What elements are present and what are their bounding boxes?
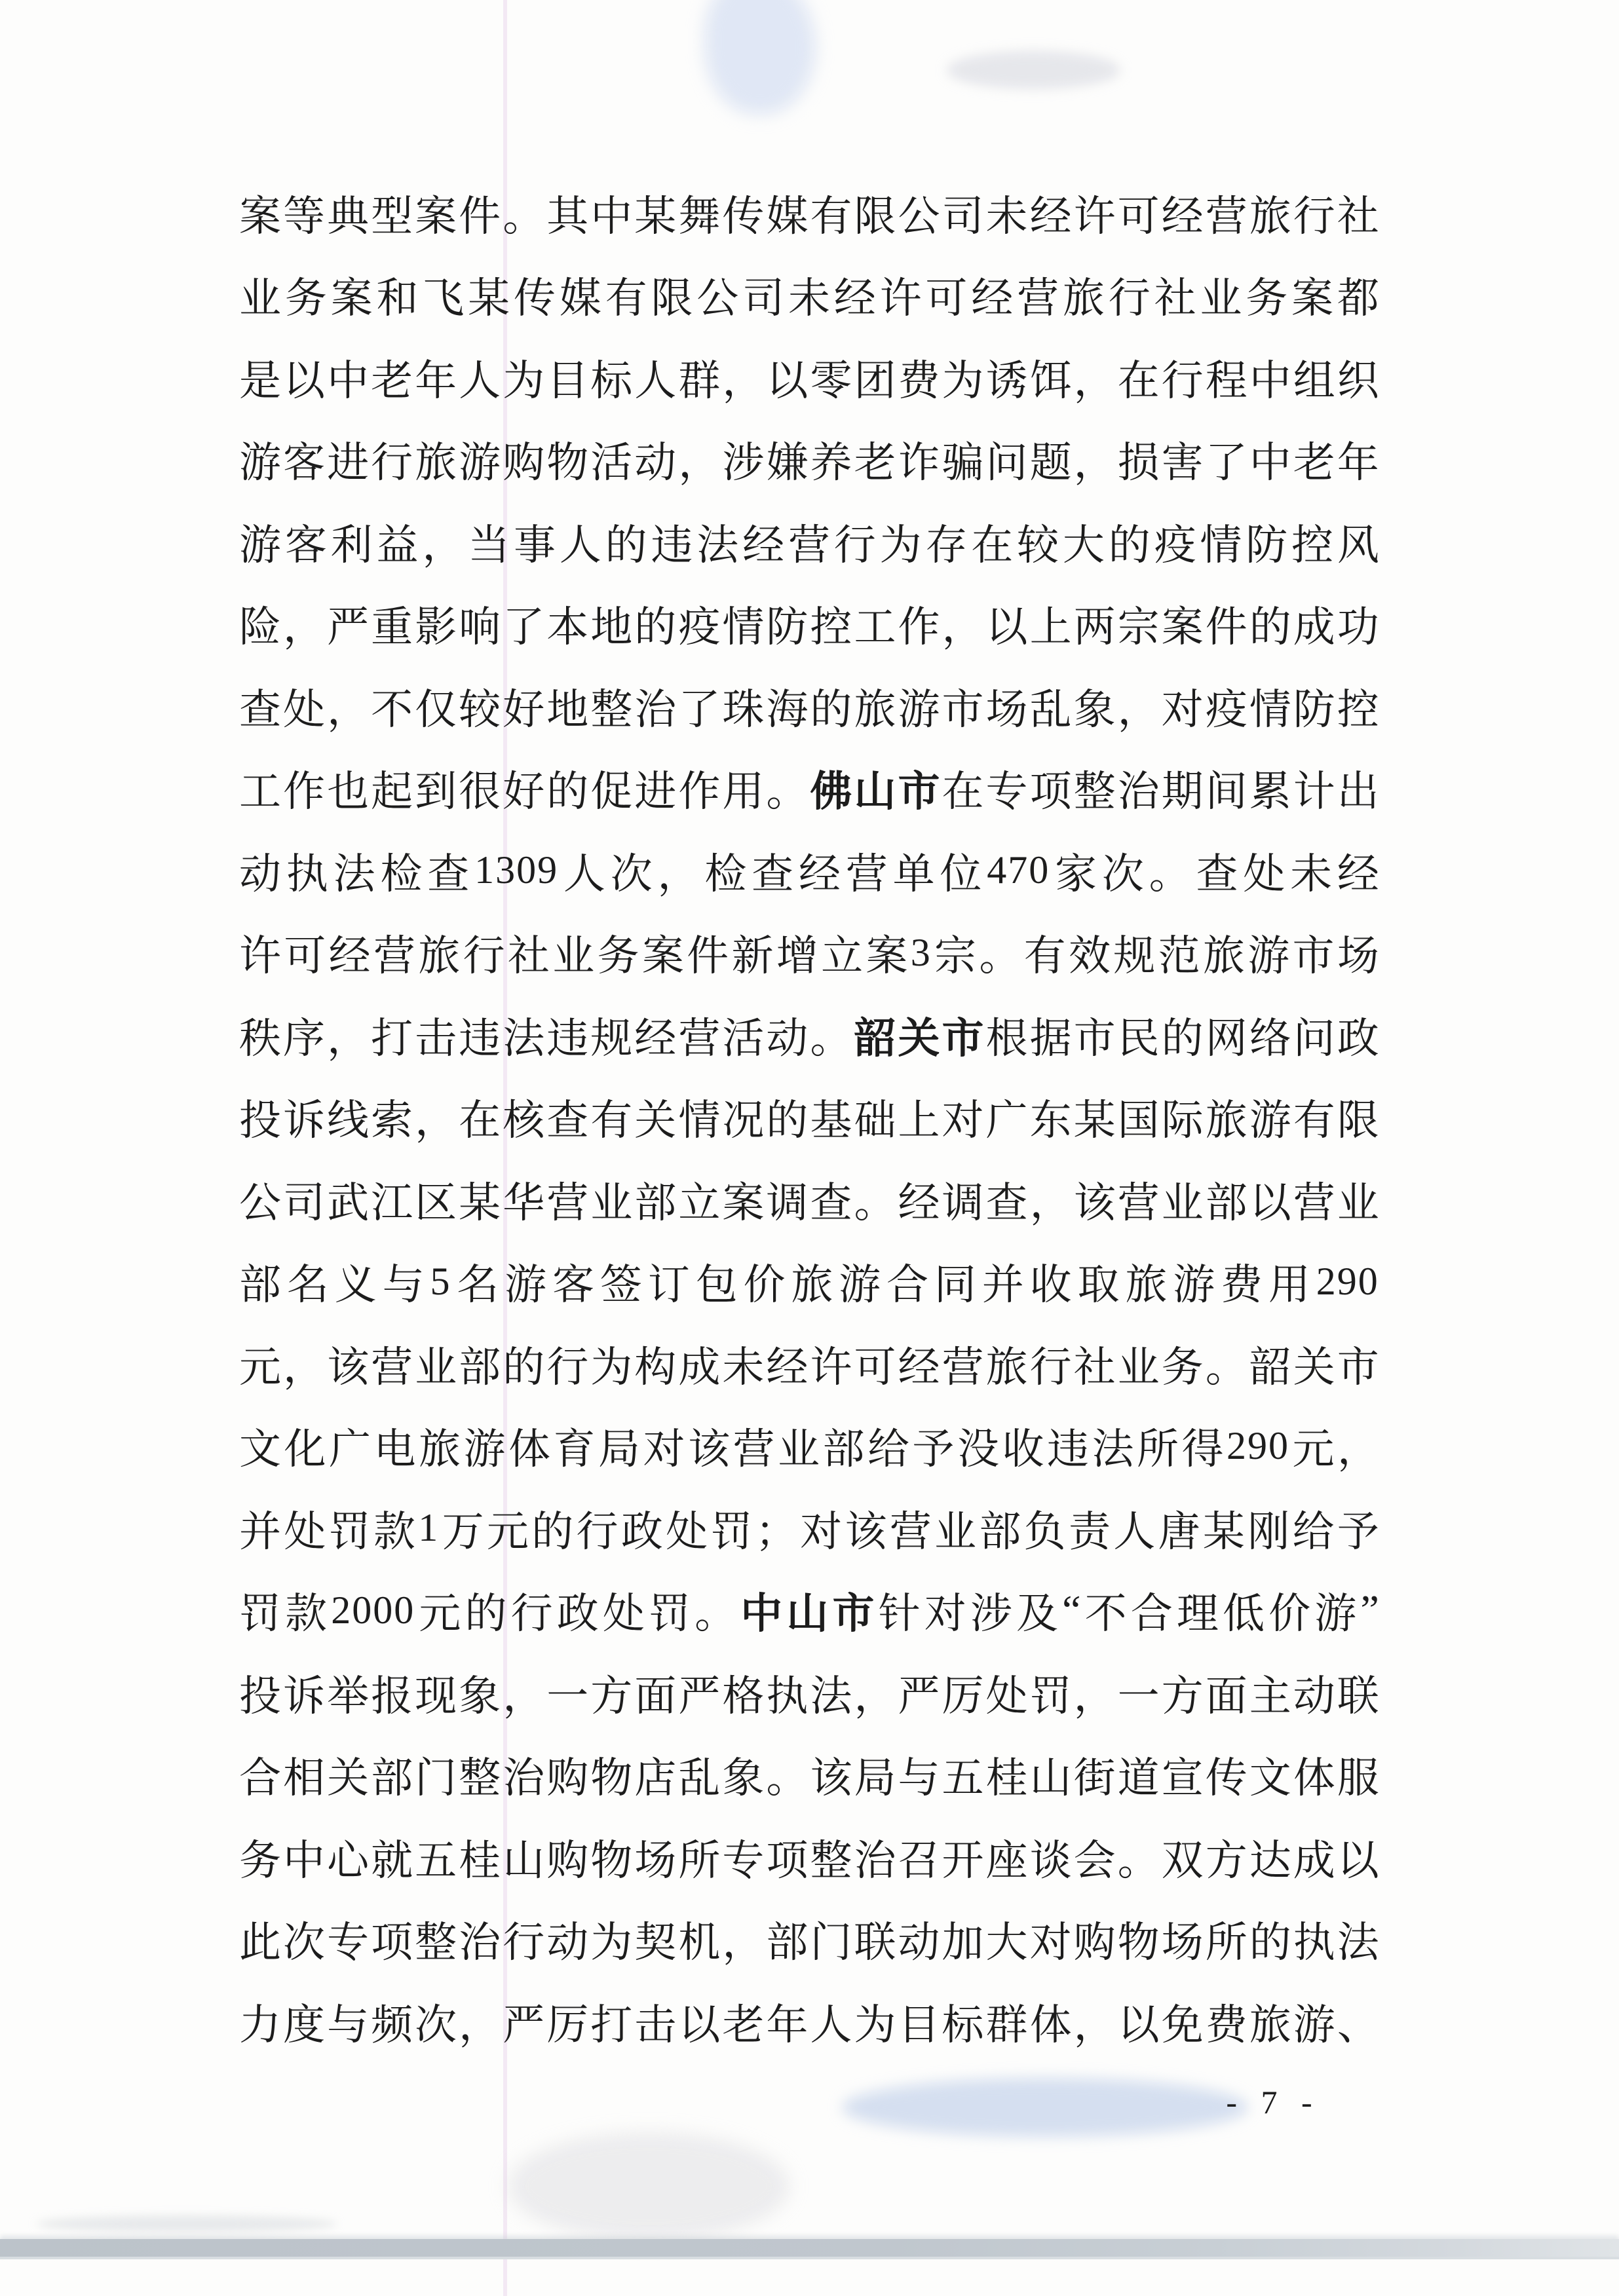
text-token: 年 bbox=[1337, 429, 1379, 489]
text-token: 案 bbox=[331, 265, 373, 325]
text-token: 案 bbox=[415, 183, 457, 243]
text-token: 用 bbox=[722, 758, 764, 818]
text-token: 人 bbox=[1113, 1498, 1155, 1558]
scan-smudge-bottom bbox=[842, 2078, 1248, 2137]
text-token: 营 bbox=[733, 1416, 775, 1476]
text-token: 线 bbox=[327, 1087, 369, 1147]
text-token: 体 bbox=[1030, 1991, 1072, 2052]
text-token: 人 bbox=[459, 347, 501, 407]
text-token: 处 bbox=[666, 1498, 708, 1558]
text-token: 店 bbox=[634, 1744, 676, 1805]
text-token: 合 bbox=[1131, 1580, 1173, 1640]
text-token: 营 bbox=[942, 1334, 984, 1394]
text-token: 游 bbox=[459, 429, 501, 489]
text-token: 290 bbox=[1227, 1423, 1289, 1469]
text-line: 合相关部门整治购物店乱象。该局与五桂山街道宣传文体服 bbox=[239, 1734, 1379, 1816]
text-token: 客 bbox=[285, 512, 327, 572]
text-token: 以 bbox=[986, 593, 1028, 654]
text-token: 公 bbox=[239, 1169, 281, 1230]
text-token: 行 bbox=[1030, 1334, 1072, 1394]
text-token: 打 bbox=[590, 1991, 632, 2052]
text-token: 行 bbox=[1293, 183, 1335, 243]
text-token: 的 bbox=[531, 1498, 573, 1558]
text-token: 山 bbox=[854, 758, 896, 818]
text-token: 老 bbox=[371, 347, 413, 407]
text-token: 经 bbox=[898, 1169, 940, 1230]
text-token: 有 bbox=[1293, 1087, 1335, 1147]
text-token: 情 bbox=[678, 1087, 720, 1147]
text-token: 关 bbox=[327, 1744, 369, 1805]
text-token: 一 bbox=[546, 1663, 588, 1723]
text-token: 调 bbox=[942, 1169, 984, 1230]
text-token: 效 bbox=[1069, 922, 1111, 983]
text-token: 游 bbox=[239, 512, 281, 572]
text-token: 象 bbox=[459, 1663, 501, 1723]
text-token: 游 bbox=[1293, 1991, 1335, 2052]
text-token: 谈 bbox=[1030, 1827, 1072, 1887]
text-token: 投 bbox=[239, 1663, 281, 1723]
text-token: 某 bbox=[459, 1169, 501, 1230]
text-token: 作 bbox=[898, 593, 940, 654]
text-token: 经 bbox=[971, 265, 1013, 325]
text-token: 旅 bbox=[1249, 1991, 1291, 2052]
text-token: 大 bbox=[1063, 512, 1105, 572]
text-token: 联 bbox=[854, 1909, 896, 1969]
text-token: 限 bbox=[854, 183, 896, 243]
text-token: 的 bbox=[1249, 593, 1291, 654]
text-token: 执 bbox=[766, 1663, 808, 1723]
text-token: 治 bbox=[503, 1744, 544, 1805]
text-token: 情 bbox=[1249, 676, 1291, 736]
text-token: 涉 bbox=[970, 1580, 1012, 1640]
text-token: 罚 bbox=[239, 1580, 281, 1640]
text-token: 罚 bbox=[710, 1498, 752, 1558]
text-token: 工 bbox=[854, 593, 896, 654]
text-token: 行 bbox=[371, 429, 413, 489]
text-token: 乱 bbox=[678, 1744, 720, 1805]
text-token: 防 bbox=[1293, 676, 1335, 736]
text-token: 部 bbox=[239, 1251, 281, 1311]
text-token: 旅 bbox=[1125, 1251, 1167, 1311]
text-token: 动 bbox=[1293, 1663, 1335, 1723]
text-token: 动 bbox=[239, 840, 281, 901]
text-line: 并处罚款1万元的行政处罚；对该营业部负责人唐某刚给予 bbox=[239, 1487, 1379, 1570]
text-line: 投诉线索，在核查有关情况的基础上对广东某国际旅游有限 bbox=[239, 1076, 1379, 1159]
text-token: 可 bbox=[284, 922, 326, 983]
text-token: 此 bbox=[239, 1909, 281, 1969]
text-token: 有 bbox=[605, 265, 647, 325]
text-token: 关 bbox=[898, 1005, 940, 1065]
text-token: 调 bbox=[766, 1169, 808, 1230]
text-token: 5 bbox=[430, 1259, 451, 1304]
text-token: 度 bbox=[283, 1991, 325, 2052]
text-token: 价 bbox=[1268, 1580, 1310, 1640]
text-token: 新 bbox=[731, 922, 773, 983]
text-token: 经 bbox=[634, 1005, 676, 1065]
text-token: 查 bbox=[752, 840, 793, 901]
text-line: 查处，不仅较好地整治了珠海的旅游市场乱象，对疫情防控 bbox=[239, 665, 1379, 747]
text-token: 没 bbox=[957, 1416, 999, 1476]
text-token: 经 bbox=[834, 265, 876, 325]
text-token: 严 bbox=[503, 1991, 544, 2052]
text-token: 项 bbox=[766, 1827, 808, 1887]
text-token: 较 bbox=[459, 676, 501, 736]
text-token: 格 bbox=[722, 1663, 764, 1723]
text-token: 家 bbox=[1055, 840, 1097, 901]
text-token: 群 bbox=[678, 347, 720, 407]
text-token: 进 bbox=[634, 758, 676, 818]
text-token: 治 bbox=[854, 1827, 896, 1887]
text-token: 人 bbox=[634, 347, 676, 407]
text-token: 某 bbox=[634, 183, 676, 243]
text-token: 行 bbox=[503, 1909, 544, 1969]
text-line: 业务案和飞某传媒有限公司未经许可经营旅行社业务案都 bbox=[239, 254, 1379, 337]
text-token: ” bbox=[1360, 1586, 1379, 1634]
text-token: 给 bbox=[867, 1416, 909, 1476]
text-token: 业 bbox=[934, 1498, 976, 1558]
text-token: 购 bbox=[1074, 1909, 1116, 1969]
text-token: ， bbox=[1030, 1169, 1072, 1230]
text-token: 疫 bbox=[1206, 676, 1248, 736]
text-token: 局 bbox=[598, 1416, 640, 1476]
text-token: 未 bbox=[722, 1334, 764, 1394]
text-token: 重 bbox=[371, 593, 413, 654]
text-token: 营 bbox=[1017, 265, 1059, 325]
text-token: 某 bbox=[1203, 1498, 1245, 1558]
text-token: 案 bbox=[642, 922, 684, 983]
text-token: 处 bbox=[986, 1663, 1028, 1723]
text-token: 击 bbox=[634, 1991, 676, 2052]
text-token: 旅 bbox=[791, 1251, 833, 1311]
text-token: 法 bbox=[810, 1663, 852, 1723]
text-token: 游 bbox=[1314, 1580, 1356, 1640]
text-token: 中 bbox=[1249, 347, 1291, 407]
text-token: 许 bbox=[810, 1334, 852, 1394]
text-token: 诱 bbox=[986, 347, 1028, 407]
text-token: 部 bbox=[459, 1334, 501, 1394]
text-token: 旅 bbox=[986, 1334, 1028, 1394]
text-token: 的 bbox=[766, 1087, 808, 1147]
text-token: 免 bbox=[1162, 1991, 1204, 2052]
text-token: 旅 bbox=[1203, 922, 1245, 983]
text-token: 经 bbox=[898, 1334, 940, 1394]
text-token: 华 bbox=[503, 1169, 544, 1230]
text-token: 为 bbox=[590, 1334, 632, 1394]
text-line: 秩序，打击违法违规经营活动。韶关市根据市民的网络问政 bbox=[239, 994, 1379, 1076]
text-token: 行 bbox=[463, 922, 505, 983]
text-token: 范 bbox=[1158, 922, 1200, 983]
text-token: 江 bbox=[371, 1169, 413, 1230]
text-token: 宗 bbox=[934, 922, 976, 983]
text-token: 等 bbox=[283, 183, 325, 243]
text-token: 索 bbox=[371, 1087, 413, 1147]
text-token: 中 bbox=[590, 183, 632, 243]
text-token: 群 bbox=[986, 1991, 1028, 2052]
text-token: 不 bbox=[1085, 1580, 1127, 1640]
text-token: 检 bbox=[704, 840, 746, 901]
text-token: 动 bbox=[898, 1909, 940, 1969]
text-token: 罚 bbox=[1030, 1663, 1072, 1723]
text-token: 游 bbox=[839, 1251, 881, 1311]
text-token: 情 bbox=[1200, 512, 1242, 572]
text-token: 东 bbox=[1030, 1087, 1072, 1147]
text-token: 频 bbox=[371, 1991, 413, 2052]
text-token: 与 bbox=[327, 1991, 369, 2052]
text-token: 以 bbox=[1249, 1169, 1291, 1230]
text-token: 韶 bbox=[1249, 1334, 1291, 1394]
text-token: 收 bbox=[1002, 1416, 1044, 1476]
text-token: 增 bbox=[776, 922, 818, 983]
text-token: 动 bbox=[766, 1005, 808, 1065]
text-token: 市 bbox=[942, 1005, 984, 1065]
text-token: 游 bbox=[505, 1251, 546, 1311]
text-token: 所 bbox=[1137, 1416, 1179, 1476]
text-token: 场 bbox=[1337, 922, 1379, 983]
text-token: 厉 bbox=[942, 1663, 984, 1723]
text-token: ， bbox=[1337, 1416, 1379, 1476]
text-token: 局 bbox=[854, 1744, 896, 1805]
text-token: 购 bbox=[546, 1827, 588, 1887]
text-token: 立 bbox=[678, 1169, 720, 1230]
text-token: 名 bbox=[457, 1251, 499, 1311]
text-token: 的 bbox=[1109, 512, 1151, 572]
text-token: 体 bbox=[1293, 1744, 1335, 1805]
scan-smudge-top bbox=[704, 0, 816, 115]
text-token: 务 bbox=[285, 265, 327, 325]
text-token: 件 bbox=[1206, 593, 1248, 654]
text-line: 部名义与5名游客签订包价旅游合同并收取旅游费用290 bbox=[239, 1241, 1379, 1323]
text-token: 作 bbox=[678, 758, 720, 818]
text-token: 好 bbox=[503, 676, 544, 736]
text-token: 了 bbox=[678, 676, 720, 736]
text-token: 飞 bbox=[422, 265, 464, 325]
text-token: 象 bbox=[722, 1744, 764, 1805]
text-token: 物 bbox=[1118, 1909, 1160, 1969]
text-token: 物 bbox=[590, 1827, 632, 1887]
text-token: 业 bbox=[1118, 1334, 1160, 1394]
text-token: 门 bbox=[415, 1744, 457, 1805]
text-token: 络 bbox=[1249, 1005, 1291, 1065]
text-token: 包 bbox=[696, 1251, 738, 1311]
text-token: 计 bbox=[1293, 758, 1335, 818]
text-line: 工作也起到很好的促进作用。佛山市在专项整治期间累计出 bbox=[239, 747, 1379, 830]
text-token: 工 bbox=[239, 758, 281, 818]
text-token: 案 bbox=[1162, 593, 1204, 654]
text-token: 都 bbox=[1337, 265, 1379, 325]
text-token: 旅 bbox=[854, 676, 896, 736]
text-token: 专 bbox=[327, 1909, 369, 1969]
text-token: 报 bbox=[371, 1663, 413, 1723]
text-token: 双 bbox=[1162, 1827, 1204, 1887]
text-token: 整 bbox=[415, 1909, 457, 1969]
text-token: 会 bbox=[1074, 1827, 1116, 1887]
text-token: 控 bbox=[1337, 676, 1379, 736]
text-token: 次 bbox=[283, 1909, 325, 1969]
text-token: 市 bbox=[1337, 1334, 1379, 1394]
text-token: ， bbox=[283, 593, 325, 654]
text-token: 营 bbox=[788, 512, 830, 572]
text-token: 查 bbox=[986, 1169, 1028, 1230]
text-token: 击 bbox=[415, 1005, 457, 1065]
text-token: 题 bbox=[1030, 429, 1072, 489]
text-token: ， bbox=[1074, 347, 1116, 407]
text-token: 广 bbox=[986, 1087, 1028, 1147]
text-token: 、 bbox=[1337, 1991, 1379, 2052]
text-token: 违 bbox=[459, 1005, 501, 1065]
text-token: 仅 bbox=[415, 676, 457, 736]
text-token: 该 bbox=[688, 1416, 730, 1476]
text-token: 法 bbox=[503, 1005, 544, 1065]
text-token: 中 bbox=[740, 1580, 782, 1640]
scan-smudge-bottom-scribble bbox=[508, 2132, 790, 2240]
text-token: 象 bbox=[1074, 676, 1116, 736]
text-token: 费 bbox=[1221, 1251, 1263, 1311]
text-line: 力度与频次，严厉打击以老年人为目标群体，以免费旅游、 bbox=[239, 1980, 1379, 2063]
scan-smudge-top-scribble bbox=[947, 51, 1120, 89]
text-token: 部 bbox=[634, 1169, 676, 1230]
text-token: 传 bbox=[514, 265, 556, 325]
text-token: 签 bbox=[600, 1251, 642, 1311]
text-token: 予 bbox=[1337, 1498, 1379, 1558]
text-token: 其 bbox=[546, 183, 588, 243]
text-token: 成 bbox=[1293, 593, 1335, 654]
text-token: 。 bbox=[1149, 840, 1191, 901]
text-token: 社 bbox=[508, 922, 550, 983]
text-token: 元 bbox=[239, 1334, 281, 1394]
text-token: 次 bbox=[1102, 840, 1144, 901]
text-token: 位 bbox=[940, 840, 981, 901]
text-token: 治 bbox=[459, 1909, 501, 1969]
text-token: 问 bbox=[1293, 1005, 1335, 1065]
text-token: 刚 bbox=[1248, 1498, 1289, 1558]
text-token: 团 bbox=[854, 347, 896, 407]
text-token: 旅 bbox=[1249, 183, 1291, 243]
text-token: 加 bbox=[942, 1909, 984, 1969]
text-token: 社 bbox=[1074, 1334, 1116, 1394]
text-token: 涉 bbox=[722, 429, 764, 489]
text-token: 事 bbox=[514, 512, 556, 572]
text-token: 型 bbox=[371, 183, 413, 243]
text-token: 不 bbox=[371, 676, 413, 736]
text-token: 经 bbox=[1337, 840, 1379, 901]
text-token: 业 bbox=[590, 1169, 632, 1230]
text-token: 许 bbox=[239, 922, 281, 983]
text-token: 部 bbox=[371, 1744, 413, 1805]
text-token: 物 bbox=[546, 429, 588, 489]
text-token: 山 bbox=[1030, 1744, 1072, 1805]
text-line: 此次专项整治行动为契机，部门联动加大对购物场所的执法 bbox=[239, 1898, 1379, 1981]
text-token: 查 bbox=[1196, 840, 1238, 901]
text-token: 的 bbox=[465, 1580, 507, 1640]
text-token: 诉 bbox=[283, 1087, 325, 1147]
text-line: 罚款2000元的行政处罚。中山市针对涉及“不合理低价游” bbox=[239, 1570, 1379, 1652]
text-token: ， bbox=[1074, 1991, 1116, 2052]
text-token: 当 bbox=[468, 512, 510, 572]
text-token: 的 bbox=[1249, 1909, 1291, 1969]
text-token: 有 bbox=[590, 1087, 632, 1147]
text-token: 名 bbox=[287, 1251, 329, 1311]
text-line: 游客利益，当事人的违法经营行为存在较大的疫情防控风 bbox=[239, 500, 1379, 583]
text-token: 针 bbox=[879, 1580, 921, 1640]
text-token: 中 bbox=[327, 347, 369, 407]
text-token: 人 bbox=[560, 512, 601, 572]
text-token: 以 bbox=[766, 347, 808, 407]
text-token: 低 bbox=[1223, 1580, 1265, 1640]
text-token: 专 bbox=[986, 758, 1028, 818]
text-token: 行 bbox=[577, 1498, 619, 1558]
text-token: 相 bbox=[283, 1744, 325, 1805]
text-token: 标 bbox=[590, 347, 632, 407]
text-token: 法 bbox=[1337, 1909, 1379, 1969]
text-token: 举 bbox=[327, 1663, 369, 1723]
text-token: 文 bbox=[239, 1416, 281, 1476]
text-token: 整 bbox=[1074, 758, 1116, 818]
text-token: 人 bbox=[810, 1991, 852, 2052]
text-token: 也 bbox=[327, 758, 369, 818]
text-token: ， bbox=[283, 1334, 325, 1394]
text-token: 宣 bbox=[1162, 1744, 1204, 1805]
text-token: 业 bbox=[239, 265, 281, 325]
text-token: 在 bbox=[942, 758, 984, 818]
text-token: 价 bbox=[743, 1251, 785, 1311]
text-token: 以 bbox=[283, 347, 325, 407]
text-token: 防 bbox=[766, 593, 808, 654]
text-token: 桂 bbox=[459, 1827, 501, 1887]
text-token: 序 bbox=[283, 1005, 325, 1065]
text-token: 游 bbox=[464, 1416, 506, 1476]
text-token: 害 bbox=[1162, 429, 1204, 489]
text-token: 并 bbox=[982, 1251, 1024, 1311]
text-token: 2000 bbox=[331, 1588, 415, 1633]
document-body: 案等典型案件。其中某舞传媒有限公司未经许可经营旅行社业务案和飞某传媒有限公司未经… bbox=[239, 172, 1379, 2063]
text-token: 根 bbox=[986, 1005, 1028, 1065]
text-token: 五 bbox=[415, 1827, 457, 1887]
text-token: 媒 bbox=[766, 183, 808, 243]
text-token: 经 bbox=[1030, 183, 1072, 243]
text-token: 社 bbox=[1154, 265, 1196, 325]
text-token: 许 bbox=[1074, 183, 1116, 243]
text-token: 舞 bbox=[678, 183, 720, 243]
text-token: 经 bbox=[799, 840, 841, 901]
text-token: 海 bbox=[766, 676, 808, 736]
text-token: 道 bbox=[1118, 1744, 1160, 1805]
text-token: 对 bbox=[800, 1498, 842, 1558]
text-token: 项 bbox=[371, 1909, 413, 1969]
text-token: 零 bbox=[810, 347, 852, 407]
text-token: 物 bbox=[590, 1744, 632, 1805]
text-token: 据 bbox=[1030, 1005, 1072, 1065]
text-token: 门 bbox=[810, 1909, 852, 1969]
text-token: 治 bbox=[1118, 758, 1160, 818]
text-token: 政 bbox=[621, 1498, 663, 1558]
text-token: 限 bbox=[1337, 1087, 1379, 1147]
text-token: 场 bbox=[634, 1827, 676, 1887]
text-token: 控 bbox=[1291, 512, 1333, 572]
scan-smudge-bottom-left bbox=[36, 2215, 337, 2232]
text-token: 治 bbox=[634, 676, 676, 736]
text-token: 行 bbox=[511, 1580, 553, 1640]
text-token: 。 bbox=[766, 1744, 808, 1805]
text-token: 行 bbox=[546, 1334, 588, 1394]
text-token: 得 bbox=[1182, 1416, 1224, 1476]
text-line: 是以中老年人为目标人群，以零团费为诱饵，在行程中组织 bbox=[239, 336, 1379, 419]
text-token: 处 bbox=[1243, 840, 1285, 901]
text-token: 未 bbox=[1290, 840, 1332, 901]
text-token: 典 bbox=[327, 183, 369, 243]
text-token: 大 bbox=[986, 1909, 1028, 1969]
text-token: 可 bbox=[854, 1334, 896, 1394]
text-token: 了 bbox=[1206, 429, 1248, 489]
